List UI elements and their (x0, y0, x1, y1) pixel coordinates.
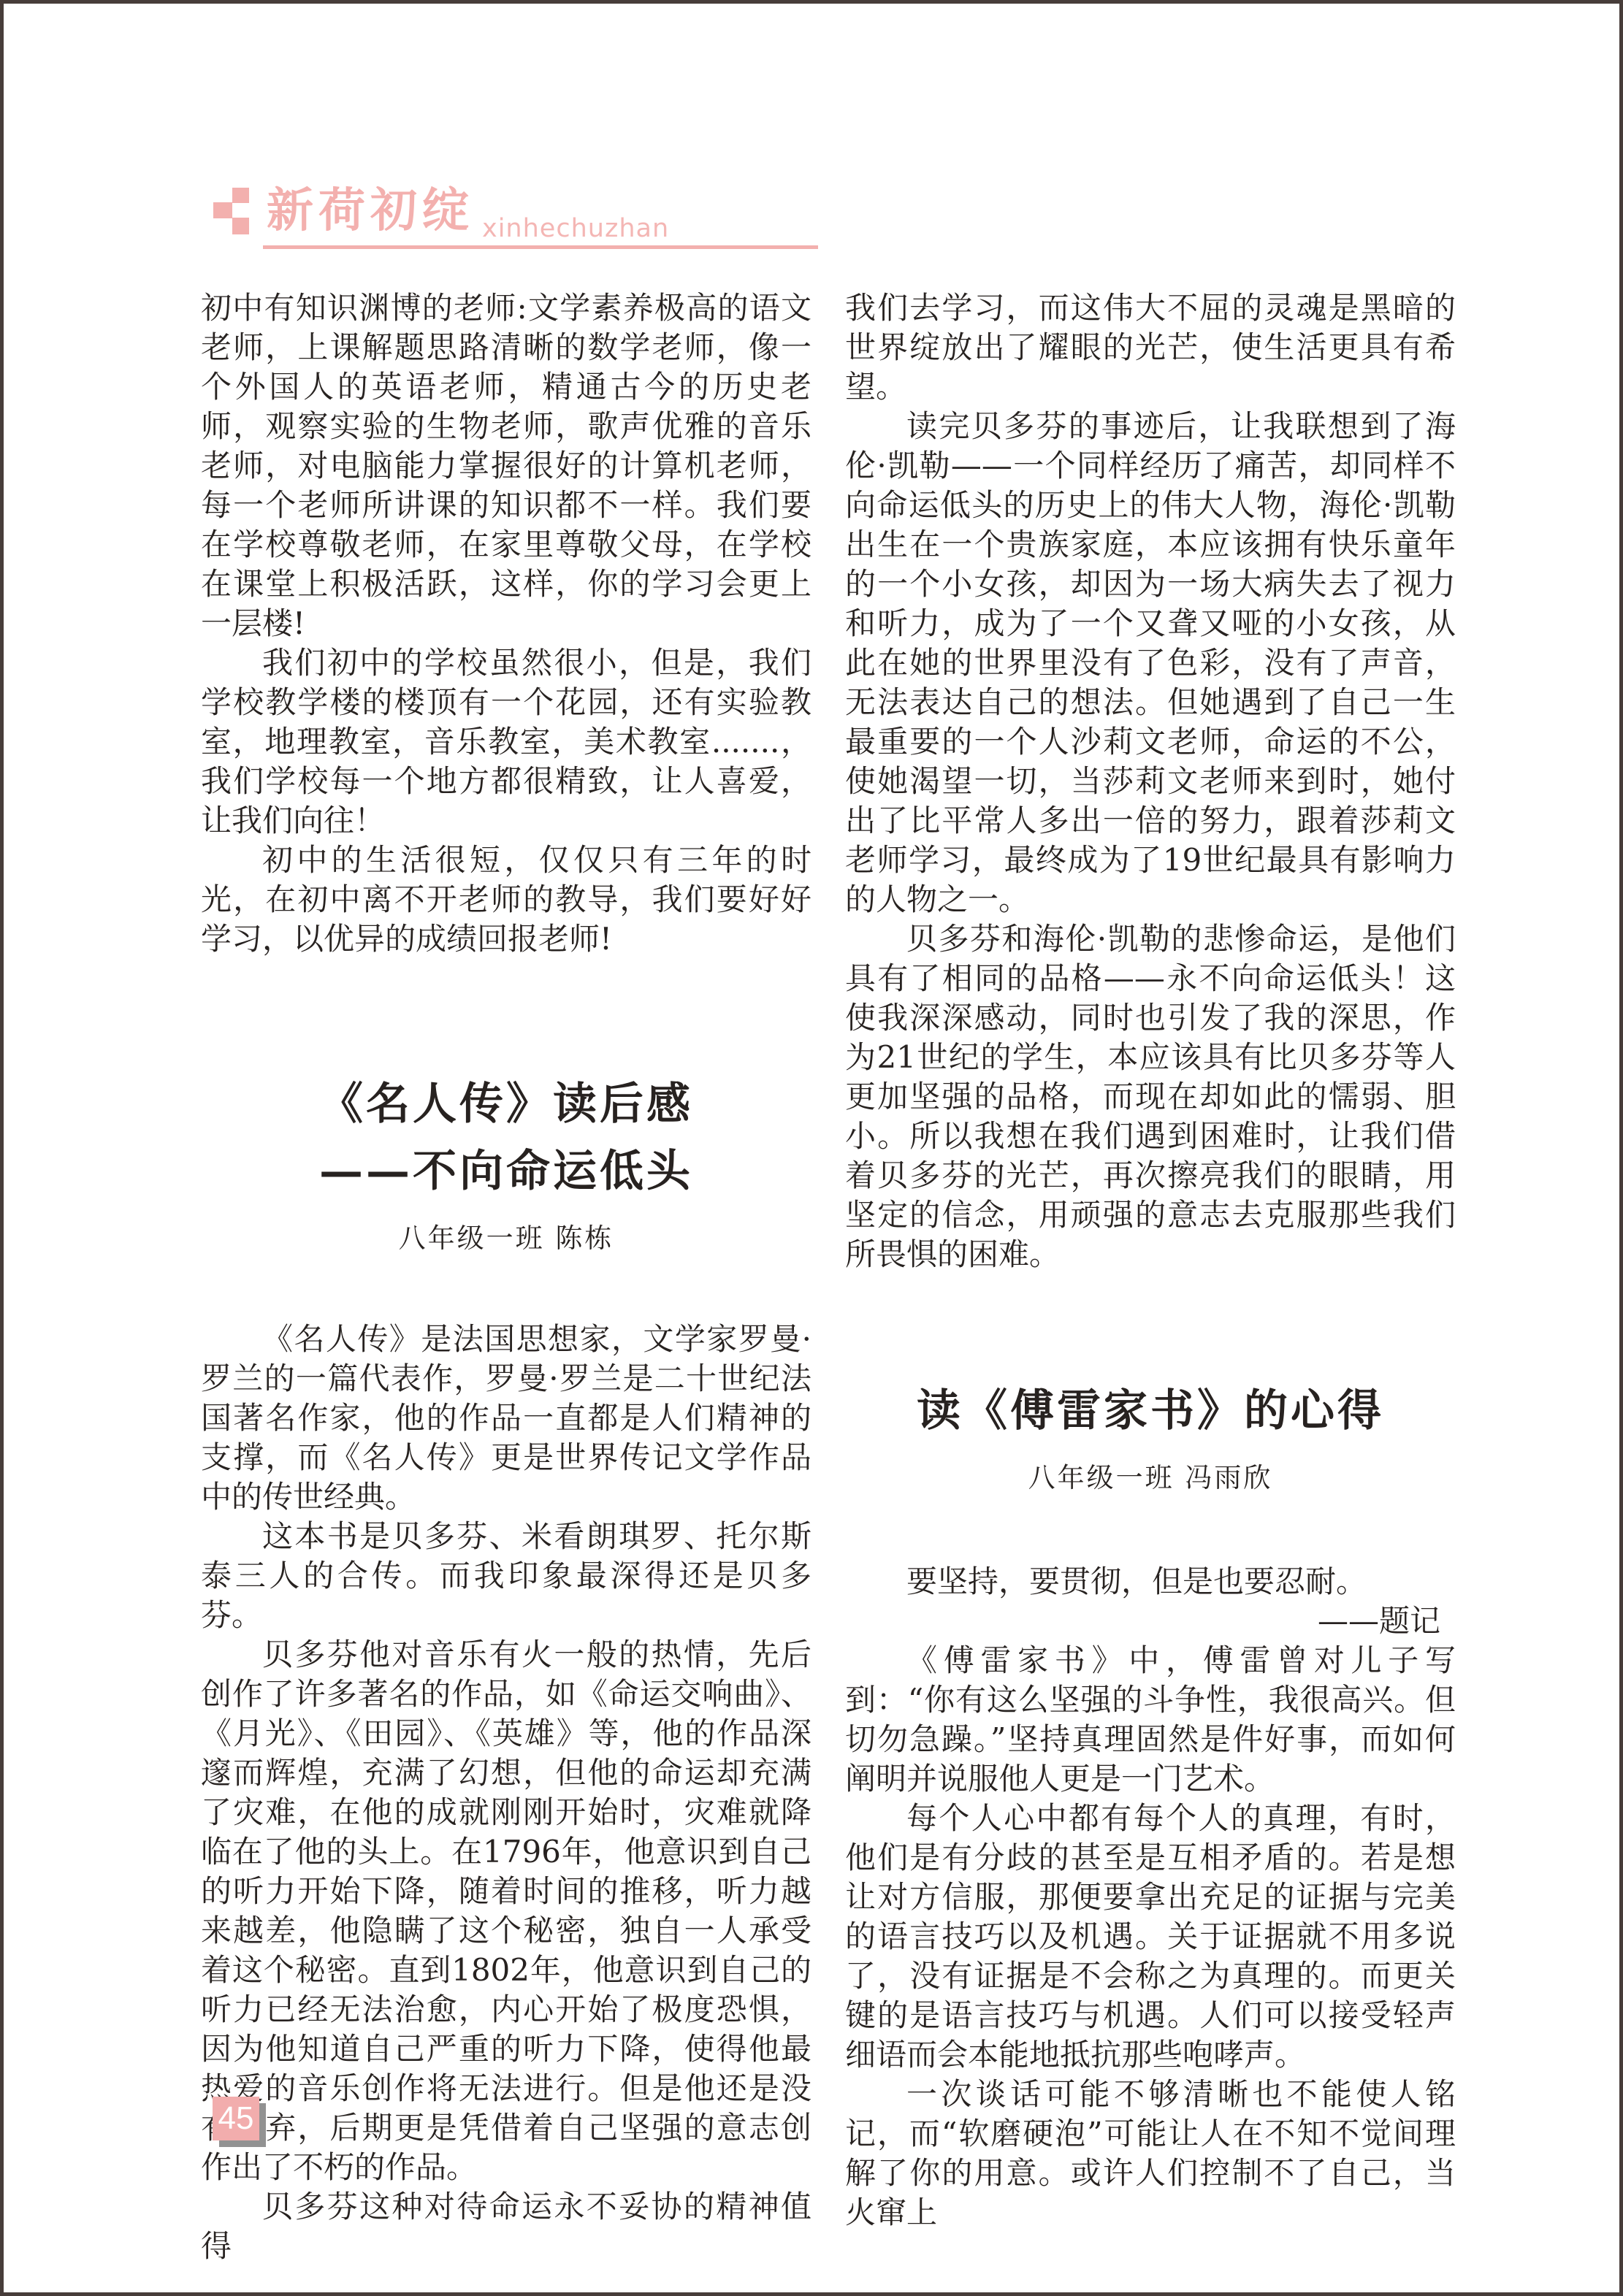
paragraph: 一次谈话可能不够清晰也不能使人铭记，而“软磨硬泡”可能让人在不知不觉间理解了你的… (845, 2075, 1456, 2232)
logo-square-bottom (232, 218, 249, 234)
logo-square-top (232, 188, 249, 203)
magazine-title: 新荷初绽 (267, 185, 474, 237)
magazine-title-pinyin: xinhechuzhan (482, 214, 669, 243)
paragraph: 读完贝多芬的事迹后，让我联想到了海伦·凯勒——一个同样经历了痛苦，却同样不向命运… (845, 407, 1456, 919)
paragraph: 《名人传》是法国思想家，文学家罗曼·罗兰的一篇代表作，罗曼·罗兰是二十世纪法国著… (201, 1320, 811, 1517)
paragraph: 这本书是贝多芬、米看朗琪罗、托尔斯泰三人的合传。而我印象最深得还是贝多芬。 (201, 1517, 811, 1635)
page-number-badge: 45 (213, 2097, 259, 2140)
logo-square-left (213, 202, 232, 218)
paragraph: 《傅雷家书》中，傅雷曾对儿子写到：“你有这么坚强的斗争性，我很高兴。但切勿急躁。… (845, 1641, 1456, 1799)
article1-title-line1: 《名人传》读后感 (201, 1074, 811, 1134)
article2-byline: 八年级一班 冯雨欣 (845, 1460, 1456, 1496)
continuation-paragraph: 初中有知识渊博的老师:文学素养极高的语文老师，上课解题思路清晰的数学老师，像一个… (201, 288, 811, 643)
page-header: 新荷初绽 xinhechuzhan (4, 4, 1619, 267)
left-column: 初中有知识渊博的老师:文学素养极高的语文老师，上课解题思路清晰的数学老师，像一个… (201, 288, 811, 2266)
header-underline (263, 245, 818, 249)
article2-epigraph-attribution: ——题记 (845, 1602, 1456, 1641)
article2-epigraph: 要坚持，要贯彻，但是也要忍耐。 (845, 1562, 1456, 1602)
article1-body-continued: 读完贝多芬的事迹后，让我联想到了海伦·凯勒——一个同样经历了痛苦，却同样不向命运… (845, 407, 1456, 1274)
paragraph: 贝多芬他对音乐有火一般的热情，先后创作了许多著名的作品，如《命运交响曲》、《月光… (201, 1635, 811, 2187)
paragraph: 贝多芬这种对待命运永不妥协的精神值得 (201, 2187, 811, 2266)
article1-body: 《名人传》是法国思想家，文学家罗曼·罗兰的一篇代表作，罗曼·罗兰是二十世纪法国著… (201, 1320, 811, 2266)
paragraph: 贝多芬和海伦·凯勒的悲惨命运，是他们具有了相同的品格——永不向命运低头！这使我深… (845, 919, 1456, 1274)
paragraph: 每个人心中都有每个人的真理，有时，他们是有分歧的甚至是互相矛盾的。若是想让对方信… (845, 1799, 1456, 2075)
article2-title: 读《傅雷家书》的心得 (845, 1381, 1456, 1441)
right-column: 我们去学习，而这伟大不屈的灵魂是黑暗的世界绽放出了耀眼的光芒，使生活更具有希望。… (845, 288, 1456, 2232)
paragraph: 我们初中的学校虽然很小，但是，我们学校教学楼的楼顶有一个花园，还有实验教室，地理… (201, 643, 811, 841)
paragraph: 初中的生活很短，仅仅只有三年的时光，在初中离不开老师的教导，我们要好好学习，以优… (201, 841, 811, 959)
magazine-page: 新荷初绽 xinhechuzhan 初中有知识渊博的老师:文学素养极高的语文老师… (0, 0, 1623, 2296)
continuation-paragraph: 我们去学习，而这伟大不屈的灵魂是黑暗的世界绽放出了耀眼的光芒，使生活更具有希望。 (845, 288, 1456, 407)
intro-paragraphs: 我们初中的学校虽然很小，但是，我们学校教学楼的楼顶有一个花园，还有实验教室，地理… (201, 643, 811, 959)
article1-byline: 八年级一班 陈栋 (201, 1220, 811, 1257)
article1-title-line2: ——不向命运低头 (201, 1141, 811, 1201)
logo-squares-icon (213, 188, 250, 236)
article2-body: 《傅雷家书》中，傅雷曾对儿子写到：“你有这么坚强的斗争性，我很高兴。但切勿急躁。… (845, 1641, 1456, 2232)
